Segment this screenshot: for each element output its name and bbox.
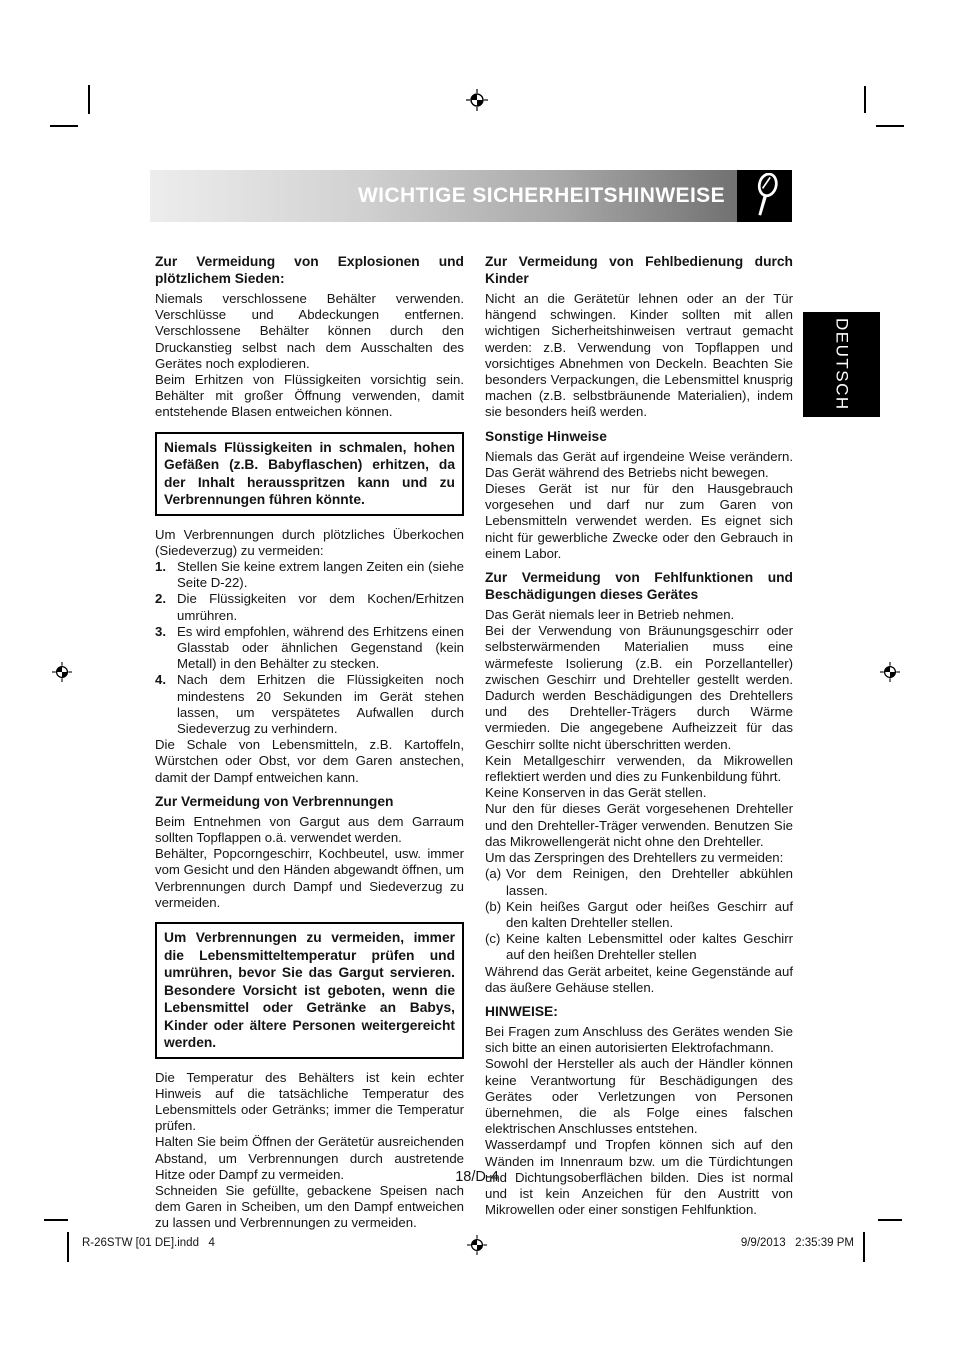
right-p11: Bei Fragen zum Anschluss des Gerätes wen… [485,1024,793,1056]
section-header-band: WICHTIGE SICHERHEITSHINWEISE [150,170,737,222]
list-text: Vor dem Reinigen, den Drehteller abkühle… [506,866,793,898]
heading-malfunctions: Zur Vermeidung von Fehlfunktionen und Be… [485,569,793,603]
left-p4: Die Schale von Lebensmitteln, z.B. Karto… [155,737,464,786]
page-title: WICHTIGE SICHERHEITSHINWEISE [358,184,725,208]
crop-mark [878,1219,902,1221]
list-text: Kein heißes Gargut oder heißes Geschirr … [506,899,793,931]
left-p2: Beim Erhitzen von Flüssigkeiten vorsicht… [155,372,464,421]
left-p1: Niemals verschlossene Behälter verwenden… [155,291,464,372]
list-item: (c) Keine kalten Lebensmittel oder kalte… [485,931,793,963]
list-item: (a) Vor dem Reinigen, den Drehteller abk… [485,866,793,898]
registration-mark-icon [467,1235,487,1255]
crop-mark [44,1219,68,1221]
footer-filename: R-26STW [01 DE].indd 4 [82,1237,215,1249]
crop-mark [50,125,78,127]
crop-mark [863,1232,865,1262]
right-column: Zur Vermeidung von Fehlbedienung durch K… [485,253,793,1218]
left-p6: Behälter, Popcorngeschirr, Kochbeutel, u… [155,846,464,911]
list-text: Keine kalten Lebensmittel oder kaltes Ge… [506,931,793,963]
right-p7: Keine Konserven in das Gerät stellen. [485,785,793,801]
list-text: Stellen Sie keine extrem langen Zeiten e… [177,559,464,591]
list-marker: 2. [155,591,177,623]
list-marker: (b) [485,899,506,931]
left-p7: Die Temperatur des Behälters ist kein ec… [155,1070,464,1135]
warning-box-temperature: Um Verbrennungen zu vermeiden, immer die… [155,922,464,1059]
left-p3: Um Verbrennungen durch plötzliches Überk… [155,527,464,559]
heading-children: Zur Vermeidung von Fehlbedienung durch K… [485,253,793,287]
left-p5: Beim Entnehmen von Gargut aus dem Garrau… [155,814,464,846]
list-marker: 4. [155,672,177,737]
right-p4: Das Gerät niemals leer in Betrieb nehmen… [485,607,793,623]
list-item: 2. Die Flüssigkeiten vor dem Kochen/Erhi… [155,591,464,623]
list-marker: 1. [155,559,177,591]
right-p1: Nicht an die Gerätetür lehnen oder an de… [485,291,793,421]
list-item: 3. Es wird empfohlen, während des Erhitz… [155,624,464,673]
numbered-list: 1. Stellen Sie keine extrem langen Zeite… [155,559,464,737]
heading-burns: Zur Vermeidung von Verbrennungen [155,793,464,810]
left-p9: Schneiden Sie gefüllte, gebackene Speise… [155,1183,464,1232]
left-column: Zur Vermeidung von Explosionen und plötz… [155,253,464,1232]
right-p5: Bei der Verwendung von Bräunungsgeschirr… [485,623,793,753]
right-p2: Niemals das Gerät auf irgendeine Weise v… [485,449,793,481]
list-item: (b) Kein heißes Gargut oder heißes Gesch… [485,899,793,931]
list-text: Nach dem Erhitzen die Flüssigkeiten noch… [177,672,464,737]
manual-page: WICHTIGE SICHERHEITSHINWEISE DEUTSCH Zur… [0,0,954,1348]
list-item: 4. Nach dem Erhitzen die Flüssigkeiten n… [155,672,464,737]
right-p6: Kein Metallgeschirr verwenden, da Mikrow… [485,753,793,785]
right-p10: Während das Gerät arbeitet, keine Gegens… [485,964,793,996]
list-marker: (a) [485,866,506,898]
heading-explosions: Zur Vermeidung von Explosionen und plötz… [155,253,464,287]
list-marker: (c) [485,931,506,963]
page-number: 18/D-4 [0,1169,954,1185]
crop-mark [67,1232,69,1262]
header-icon-box [737,170,792,222]
list-text: Die Flüssigkeiten vor dem Kochen/Erhitze… [177,591,464,623]
registration-mark-icon [52,662,72,682]
right-p8: Nur den für dieses Gerät vorgesehenen Dr… [485,801,793,850]
warning-box-liquids: Niemals Flüssigkeiten in schmalen, hohen… [155,432,464,516]
safety-inspection-icon [749,173,781,219]
language-side-tab: DEUTSCH [803,312,880,417]
heading-other-notes: Sonstige Hinweise [485,428,793,445]
list-text: Es wird empfohlen, während des Erhitzens… [177,624,464,673]
registration-mark-icon [880,662,900,682]
footer-timestamp: 9/9/2013 2:35:39 PM [741,1237,854,1249]
right-p12: Sowohl der Hersteller als auch der Händl… [485,1056,793,1137]
lettered-list: (a) Vor dem Reinigen, den Drehteller abk… [485,866,793,963]
heading-hinweise: HINWEISE: [485,1003,793,1020]
right-p9: Um das Zerspringen des Drehtellers zu ve… [485,850,793,866]
crop-mark [864,86,866,113]
crop-mark [876,125,904,127]
language-tab-label: DEUTSCH [832,318,852,411]
list-marker: 3. [155,624,177,673]
list-item: 1. Stellen Sie keine extrem langen Zeite… [155,559,464,591]
registration-mark-icon [466,89,488,111]
right-p3: Dieses Gerät ist nur für den Hausgebrauc… [485,481,793,562]
crop-mark [88,85,90,114]
